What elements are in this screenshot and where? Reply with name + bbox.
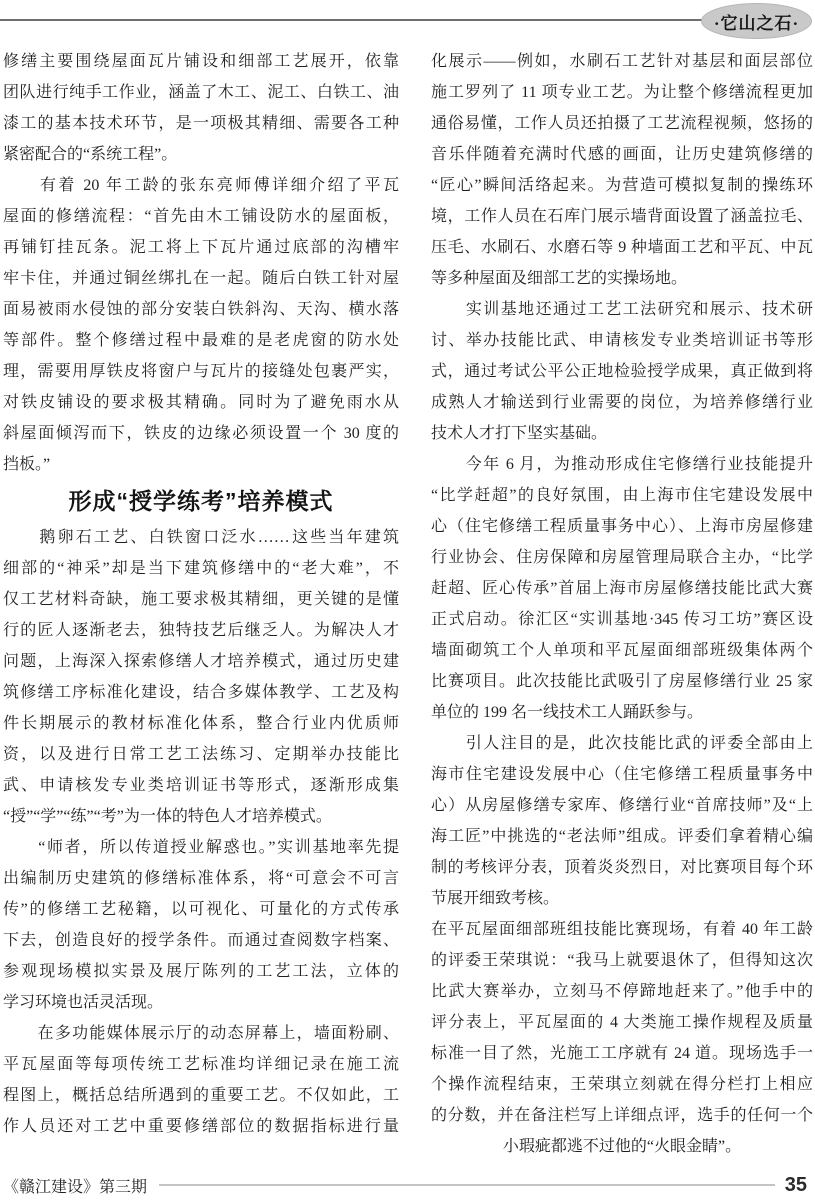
text-line: 个操作流程结束，王荣琪立刻就在得分栏打上相应 xyxy=(431,1069,813,1100)
text-line: 比赛项目。此次技能比武吸引了房屋修缮行业 25 家 xyxy=(431,666,813,697)
column-badge: ·它山之石· xyxy=(701,3,812,39)
text-line: 心（住宅修缮工程质量事务中心）、上海市房屋修建 xyxy=(431,511,813,542)
right-column: 化展示——例如，水刷石工艺针对基层和面层部位施工罗列了 11 项专业工艺。为让整… xyxy=(431,46,813,1162)
text-line: 屋面的修缮流程：“首先由木工铺设防水的屋面板， xyxy=(3,201,399,232)
text-line: 施工罗列了 11 项专业工艺。为让整个修缮流程更加 xyxy=(431,77,813,108)
text-line: 墙面砌筑工个人单项和平瓦屋面细部班级集体两个 xyxy=(431,635,813,666)
text-line: 面易被雨水侵蚀的部分安装白铁斜沟、天沟、横水落 xyxy=(3,294,399,325)
text-line: 标准一目了然，光施工工序就有 24 道。现场选手一 xyxy=(431,1038,813,1069)
text-line: 正式启动。徐汇区“实训基地·345 传习工坊”赛区设 xyxy=(431,604,813,635)
text-line: 传”的修缮工艺秘籍，以可视化、可量化的方式传承 xyxy=(3,894,399,925)
text-line: 化展示——例如，水刷石工艺针对基层和面层部位 xyxy=(431,46,813,77)
text-line: 鹅卵石工艺、白铁窗口泛水……这些当年建筑 xyxy=(3,522,399,553)
text-line: 下去，创造良好的授学条件。而通过查阅数字档案、 xyxy=(3,925,399,956)
text-line: 学习环境也活灵活现。 xyxy=(3,987,399,1018)
text-line: 单位的 199 名一线技术工人踊跃参与。 xyxy=(431,697,813,728)
text-line: 小瑕疵都逃不过他的“火眼金睛”。 xyxy=(431,1131,813,1162)
text-line: 问题，上海深入探索修缮人才培养模式，通过历史建 xyxy=(3,646,399,677)
text-line: 资，以及进行日常工艺工法练习、定期举办技能比 xyxy=(3,739,399,770)
text-line: 参观现场模拟实景及展厅陈列的工艺工法，立体的 xyxy=(3,956,399,987)
text-line: 引人注目的是，此次技能比武的评委全部由上 xyxy=(431,728,813,759)
text-line: 比武大赛举办，立刻马不停蹄地赶来了。”他手中的 xyxy=(431,976,813,1007)
text-line: 挡板。” xyxy=(3,449,399,480)
text-line: 海工匠”中挑选的“老法师”组成。评委们拿着精心编 xyxy=(431,821,813,852)
text-line: 海市住宅建设发展中心（住宅修缮工程质量事务中 xyxy=(431,759,813,790)
magazine-page: ·它山之石· 修缮主要围绕屋面瓦片铺设和细部工艺展开，依靠团队进行纯手工作业，涵… xyxy=(0,0,815,1202)
text-line: “比学赶超”的良好氛围，由上海市住宅建设发展中 xyxy=(431,480,813,511)
text-line: 压毛、水刷石、水磨石等 9 种墙面工艺和平瓦、中瓦 xyxy=(431,232,813,263)
text-line: 仅工艺材料奇缺，施工要求极其精细，更关键的是懂 xyxy=(3,584,399,615)
text-line: 讨、举办技能比武、申请核发专业类培训证书等形 xyxy=(431,325,813,356)
text-line: 今年 6 月，为推动形成住宅修缮行业技能提升 xyxy=(431,449,813,480)
page-footer: 《赣江建设》第三期 35 xyxy=(0,1172,815,1198)
text-line: 的分数，并在备注栏写上详细点评，选手的任何一个 xyxy=(431,1100,813,1131)
text-line: 程图上，概括总结所遇到的重要工艺。不仅如此，工 xyxy=(3,1080,399,1111)
text-line: 件长期展示的教材标准化体系，整合行业内优质师 xyxy=(3,708,399,739)
text-line: 境，工作人员在石库门展示墙背面设置了涵盖拉毛、 xyxy=(431,201,813,232)
left-column: 修缮主要围绕屋面瓦片铺设和细部工艺展开，依靠团队进行纯手工作业，涵盖了木工、泥工… xyxy=(3,46,399,1162)
text-line: 实训基地还通过工艺工法研究和展示、技术研 xyxy=(431,294,813,325)
text-line: 式，通过考试公平公正地检验授学成果，真正做到将 xyxy=(431,356,813,387)
text-line: 评分表上，平瓦屋面的 4 大类施工操作规程及质量 xyxy=(431,1007,813,1038)
text-line: 等多种屋面及细部工艺的实操场地。 xyxy=(431,263,813,294)
text-line: 修缮主要围绕屋面瓦片铺设和细部工艺展开，依靠 xyxy=(3,46,399,77)
text-line: 行的匠人逐渐老去，独特技艺后继乏人。为解决人才 xyxy=(3,615,399,646)
text-line: 团队进行纯手工作业，涵盖了木工、泥工、白铁工、油 xyxy=(3,77,399,108)
article-body: 修缮主要围绕屋面瓦片铺设和细部工艺展开，依靠团队进行纯手工作业，涵盖了木工、泥工… xyxy=(0,46,815,1162)
text-line: 细部的“神采”却是当下建筑修缮中的“老大难”，不 xyxy=(3,553,399,584)
text-line: 在多功能媒体展示厅的动态屏幕上，墙面粉刷、 xyxy=(3,1018,399,1049)
text-line: 牢卡住，并通过铜丝绑扎在一起。随后白铁工针对屋 xyxy=(3,263,399,294)
header-rule xyxy=(0,19,706,21)
text-line: 在平瓦屋面细部班组技能比赛现场，有着 40 年工龄 xyxy=(431,914,813,945)
text-line: 有着 20 年工龄的张东亮师傅详细介绍了平瓦 xyxy=(3,170,399,201)
text-line: 等部件。整个修缮过程中最难的是老虎窗的防水处 xyxy=(3,325,399,356)
text-line: “师者，所以传道授业解惑也。”实训基地率先提 xyxy=(3,832,399,863)
text-line: 通俗易懂，工作人员还拍摄了工艺流程视频，悠扬的 xyxy=(431,108,813,139)
text-line: 紧密配合的“系统工程”。 xyxy=(3,139,399,170)
footer-rule xyxy=(159,1184,775,1186)
journal-title: 《赣江建设》第三期 xyxy=(3,1174,147,1197)
text-line: 筑修缮工序标准化建设，结合多媒体教学、工艺及构 xyxy=(3,677,399,708)
text-line: 音乐伴随着充满时代感的画面，让历史建筑修缮的 xyxy=(431,139,813,170)
text-line: 出编制历史建筑的修缮标准体系，将“可意会不可言 xyxy=(3,863,399,894)
text-line: 武、申请核发专业类培训证书等形式，逐渐形成集 xyxy=(3,770,399,801)
text-line: 技术人才打下坚实基础。 xyxy=(431,418,813,449)
text-line: 节展开细致考核。 xyxy=(431,883,813,914)
text-line: 斜屋面倾泻而下，铁皮的边缘必须设置一个 30 度的 xyxy=(3,418,399,449)
text-line: “授”“学”“练”“考”为一体的特色人才培养模式。 xyxy=(3,801,399,832)
text-line: 制的考核评分表，顶着炎炎烈日，对比赛项目每个环 xyxy=(431,852,813,883)
text-line: 漆工的基本技术环节，是一项极其精细、需要各工种 xyxy=(3,108,399,139)
text-line: 行业协会、住房保障和房屋管理局联合主办，“比学 xyxy=(431,542,813,573)
text-line: 心）从房屋修缮专家库、修缮行业“首席技师”及“上 xyxy=(431,790,813,821)
text-line: 平瓦屋面等每项传统工艺标准均详细记录在施工流 xyxy=(3,1049,399,1080)
page-number: 35 xyxy=(785,1174,807,1197)
text-line: 赶超、匠心传承”首届上海市房屋修缮技能比武大赛 xyxy=(431,573,813,604)
text-line: “匠心”瞬间活络起来。为营造可模拟复制的操练环 xyxy=(431,170,813,201)
text-line: 作人员还对工艺中重要修缮部位的数据指标进行量 xyxy=(3,1111,399,1142)
text-line: 再铺钉挂瓦条。泥工将上下瓦片通过底部的沟槽牢 xyxy=(3,232,399,263)
text-line: 对铁皮铺设的要求极其精确。同时为了避免雨水从 xyxy=(3,387,399,418)
text-line: 理，需要用厚铁皮将窗户与瓦片的接缝处包裹严实， xyxy=(3,356,399,387)
section-heading: 形成“授学练考”培养模式 xyxy=(3,480,399,522)
text-line: 成熟人才输送到行业需要的岗位，为培养修缮行业 xyxy=(431,387,813,418)
badge-label: ·它山之石· xyxy=(714,9,799,34)
text-line: 的评委王荣琪说：“我马上就要退休了，但得知这次 xyxy=(431,945,813,976)
